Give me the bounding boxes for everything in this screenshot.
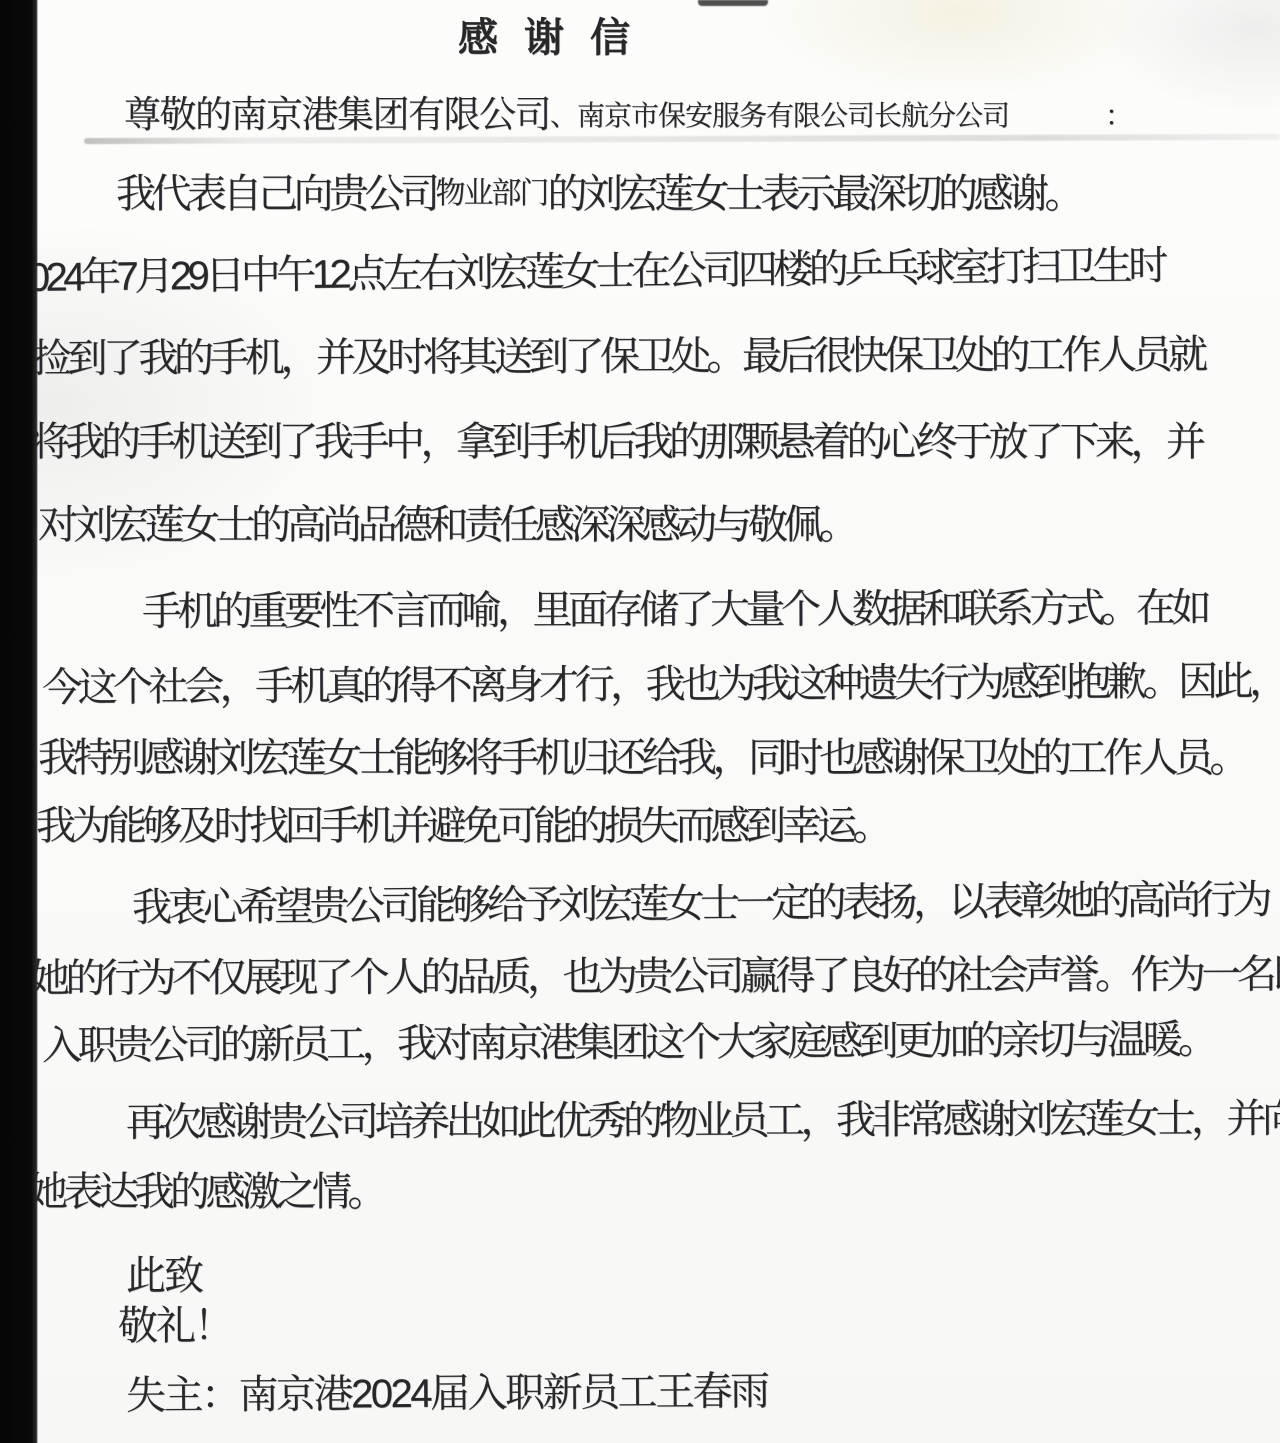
text-run: 她的行为不仅展现了个人的品质，也为贵公司赢得了良好的社会声誉。作为一名即将 [30,952,1280,1001]
text-run: 、南京市保安服务有限公司长航分公司 [550,100,1009,131]
text-run: 入职贵公司的新员工，我对南京港集团这个大家庭感到更加的亲切与温暖。 [42,1018,1214,1068]
text-run: 将我的手机送到了我手中，拿到手机后我的那颗悬着的心终于放了下来，并 [30,420,1202,464]
text-run: 手机的重要性不言而喻，里面存储了大量个人数据和联系方式。在如 [142,586,1207,634]
body-line-14: 她表达我的感激之情。 [28,1160,383,1218]
body-line-5: 对刘宏莲女士的高尚品德和责任感深深感动与敬佩。 [38,493,855,551]
body-line-6: 手机的重要性不言而喻，里面存储了大量个人数据和联系方式。在如 [142,576,1207,638]
body-line-4: 将我的手机送到了我手中，拿到手机后我的那颗悬着的心终于放了下来，并 [30,410,1202,468]
letter-lines: 感谢信尊敬的南京港集团有限公司、南京市保安服务有限公司长航分公司：我代表自己向贵… [38,0,1280,1443]
body-line-1: 我代表自己向贵公司物业部门的刘宏莲女士表示最深切的感谢。 [116,162,1080,220]
body-line-7: 今这个社会，手机真的得不离身才行，我也为我这种遗失行为感到抱歉。因此， [42,649,1280,714]
text-run: 捡到了我的手机，并及时将其送到了保卫处。最后很快保卫处的工作人员就 [32,333,1204,381]
body-line-2: 2024年7月29日中午12点左右刘宏莲女士在公司四楼的乒乓球室打扫卫生时 [10,234,1164,304]
text-run: 的刘宏莲女士表示最深切的感谢。 [548,172,1081,216]
body-line-13: 再次感谢贵公司培养出如此优秀的物业员工，我非常感谢刘宏莲女士，并向 [126,1087,1280,1149]
text-run: 再次感谢贵公司培养出如此优秀的物业员工，我非常感谢刘宏莲女士，并向 [126,1097,1280,1145]
text-run: 2024年7月29日中午12点左右刘宏莲女士在公司四楼的乒乓球室打扫卫生时 [10,244,1164,300]
text-run: 我特别感谢刘宏莲女士能够将手机归还给我，同时也感谢保卫处的工作人员。 [38,736,1245,780]
salutation-line: 尊敬的南京港集团有限公司、南京市保安服务有限公司长航分公司： [124,84,1132,142]
text-run: 对刘宏莲女士的高尚品德和责任感深深感动与敬佩。 [38,503,855,547]
text-run: 今这个社会，手机真的得不离身才行，我也为我这种遗失行为感到抱歉。因此， [42,659,1280,710]
text-run: 物业部门 [436,177,548,210]
signature-line: 失主：南京港2024届入职新员工王春雨 [126,1360,768,1422]
text-run: 她表达我的感激之情。 [28,1170,383,1214]
text-run: 我代表自己向贵公司 [116,172,436,216]
body-line-8: 我特别感谢刘宏莲女士能够将手机归还给我，同时也感谢保卫处的工作人员。 [38,726,1245,784]
body-line-11: 她的行为不仅展现了个人的品质，也为贵公司赢得了良好的社会声誉。作为一名即将 [30,942,1280,1005]
body-line-3: 捡到了我的手机，并及时将其送到了保卫处。最后很快保卫处的工作人员就 [32,323,1204,385]
text-run: 尊敬的南京港集团有限公司 [124,94,550,135]
letter-title: 感谢信 [458,6,656,64]
body-line-12: 入职贵公司的新员工，我对南京港集团这个大家庭感到更加的亲切与温暖。 [42,1008,1214,1072]
text-run: 此致 [126,1254,202,1298]
text-run: ： [1105,100,1132,131]
body-line-9: 我为能够及时找回手机并避免可能的损失而感到幸运。 [36,794,888,852]
scanner-edge-bar [0,0,38,1443]
scan-smudge-top [698,0,768,6]
text-run: 感谢信 [458,16,656,60]
text-run: 我为能够及时找回手机并避免可能的损失而感到幸运。 [36,804,888,848]
text-run: 我衷心希望贵公司能够给予刘宏莲女士一定的表扬，以表彰她的高尚行为 [132,878,1268,930]
closing-jingli: 敬礼！ [118,1294,232,1352]
text-run: 失主：南京港2024届入职新员工王春雨 [126,1370,768,1418]
scanned-letter-page: 感谢信尊敬的南京港集团有限公司、南京市保安服务有限公司长航分公司：我代表自己向贵… [0,0,1280,1443]
text-run: 敬礼！ [118,1304,232,1348]
body-line-10: 我衷心希望贵公司能够给予刘宏莲女士一定的表扬，以表彰她的高尚行为 [132,868,1268,934]
